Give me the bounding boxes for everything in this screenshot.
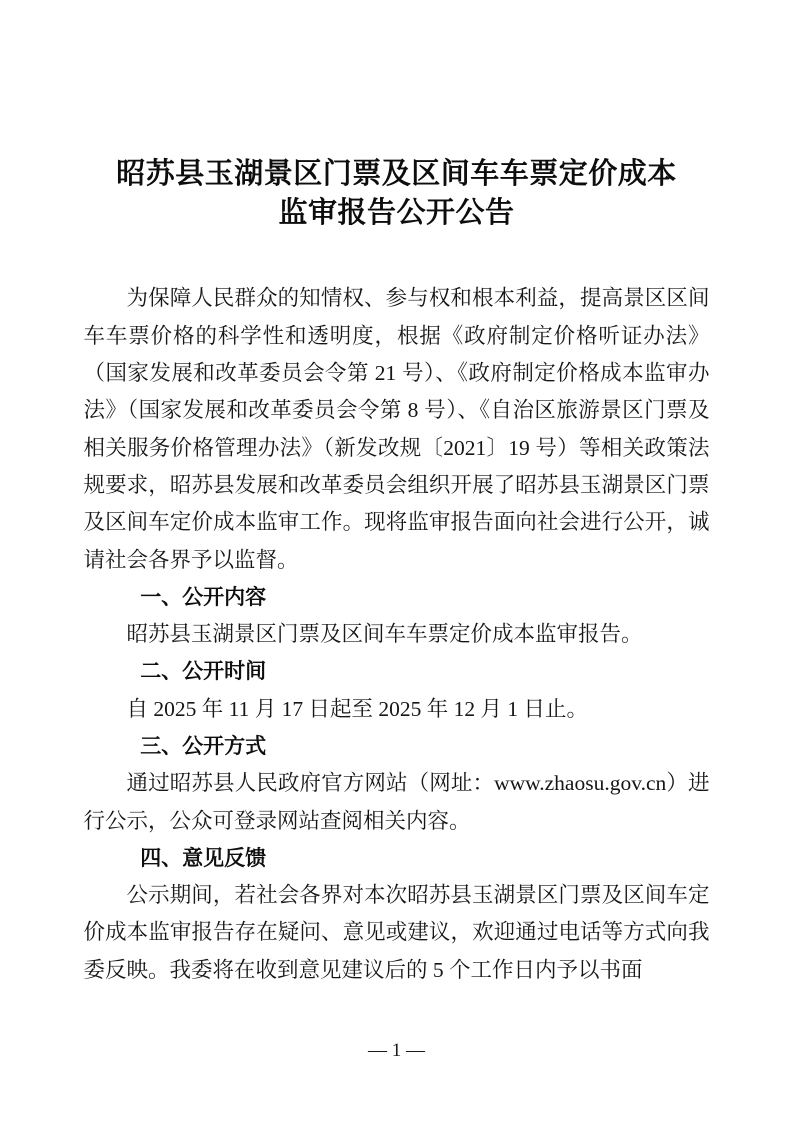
document-title: 昭苏县玉湖景区门票及区间车车票定价成本 监审报告公开公告 (0, 19, 793, 233)
section-heading-open-content: 一、公开内容 (84, 579, 710, 616)
document-title-line-2: 监审报告公开公告 (0, 194, 793, 233)
section-body-open-period: 自 2025 年 11 月 17 日起至 2025 年 12 月 1 日止。 (84, 691, 710, 728)
page-number: — 1 — (0, 1040, 793, 1062)
section-heading-open-period: 二、公开时间 (84, 653, 710, 690)
section-body-open-method: 通过昭苏县人民政府官方网站（网址：www.zhaosu.gov.cn）进行公示，… (84, 765, 710, 840)
section-heading-open-method: 三、公开方式 (84, 728, 710, 765)
section-body-open-content: 昭苏县玉湖景区门票及区间车车票定价成本监审报告。 (84, 616, 710, 653)
section-body-feedback: 公示期间，若社会各界对本次昭苏县玉湖景区门票及区间车定价成本监审报告存在疑问、意… (84, 877, 710, 989)
document-body: 为保障人民群众的知情权、参与权和根本利益，提高景区区间车车票价格的科学性和透明度… (84, 280, 710, 989)
intro-paragraph: 为保障人民群众的知情权、参与权和根本利益，提高景区区间车车票价格的科学性和透明度… (84, 280, 710, 578)
document-title-line-1: 昭苏县玉湖景区门票及区间车车票定价成本 (0, 155, 793, 194)
section-heading-feedback: 四、意见反馈 (84, 840, 710, 877)
document-page: 昭苏县玉湖景区门票及区间车车票定价成本 监审报告公开公告 为保障人民群众的知情权… (0, 0, 793, 1122)
